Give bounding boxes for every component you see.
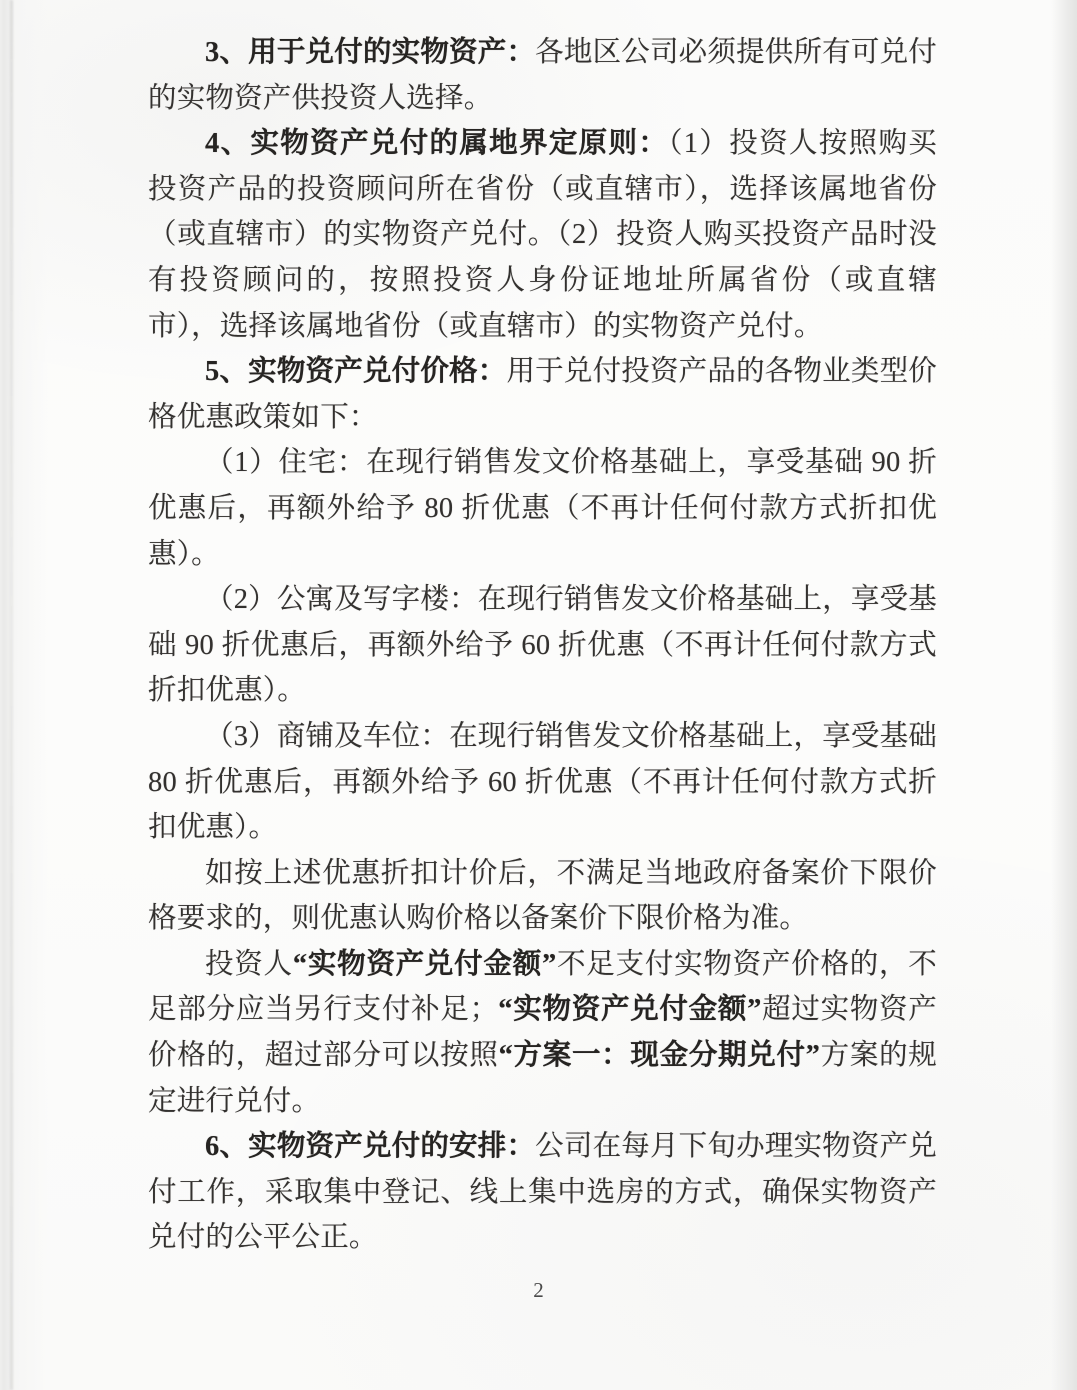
page-edge-shadow-right	[1051, 0, 1077, 1390]
paragraph: 投资人“实物资产兑付金额”不足支付实物资产价格的，不足部分应当另行支付补足；“实…	[148, 942, 937, 1124]
paragraph: 3、用于兑付的实物资产：各地区公司必须提供所有可兑付的实物资产供投资人选择。	[148, 30, 937, 121]
text-segment: （1）住宅：在现行销售发文价格基础上，享受基础 90 折优惠后，再额外给予 80…	[148, 447, 937, 569]
scanned-page: 3、用于兑付的实物资产：各地区公司必须提供所有可兑付的实物资产供投资人选择。4、…	[0, 0, 1077, 1390]
document-body: 3、用于兑付的实物资产：各地区公司必须提供所有可兑付的实物资产供投资人选择。4、…	[148, 30, 937, 1261]
bold-segment: 5、实物资产兑付价格：	[205, 356, 506, 387]
bold-segment: 4、实物资产兑付的属地界定原则：	[205, 128, 668, 159]
bold-segment: “实物资产兑付金额”	[498, 994, 761, 1025]
text-segment: （3）商铺及车位：在现行销售发文价格基础上，享受基础 80 折优惠后，再额外给予…	[148, 721, 937, 843]
bold-segment: “实物资产兑付金额”	[293, 949, 557, 980]
bold-segment: 6、实物资产兑付的安排：	[205, 1131, 535, 1162]
page-number: 2	[0, 1278, 1077, 1303]
text-segment: （1）投资人按照购买投资产品的投资顾问所在省份（或直辖市），选择该属地省份（或直…	[148, 128, 937, 341]
bold-segment: 3、用于兑付的实物资产：	[205, 37, 535, 68]
paragraph: 5、实物资产兑付价格：用于兑付投资产品的各物业类型价格优惠政策如下：	[148, 349, 937, 440]
paragraph: （2）公寓及写字楼：在现行销售发文价格基础上，享受基础 90 折优惠后，再额外给…	[148, 577, 937, 714]
text-segment: 如按上述优惠折扣计价后，不满足当地政府备案价下限价格要求的，则优惠认购价格以备案…	[148, 858, 937, 935]
paragraph: （1）住宅：在现行销售发文价格基础上，享受基础 90 折优惠后，再额外给予 80…	[148, 440, 937, 577]
bold-segment: “方案一：现金分期兑付”	[499, 1040, 821, 1071]
paragraph: 4、实物资产兑付的属地界定原则：（1）投资人按照购买投资产品的投资顾问所在省份（…	[148, 121, 937, 349]
paragraph: （3）商铺及车位：在现行销售发文价格基础上，享受基础 80 折优惠后，再额外给予…	[148, 714, 937, 851]
page-edge-shadow-left	[0, 0, 48, 1390]
text-segment: 投资人	[205, 949, 293, 980]
paragraph: 6、实物资产兑付的安排：公司在每月下旬办理实物资产兑付工作，采取集中登记、线上集…	[148, 1124, 937, 1261]
paragraph: 如按上述优惠折扣计价后，不满足当地政府备案价下限价格要求的，则优惠认购价格以备案…	[148, 851, 937, 942]
text-segment: （2）公寓及写字楼：在现行销售发文价格基础上，享受基础 90 折优惠后，再额外给…	[148, 584, 937, 706]
